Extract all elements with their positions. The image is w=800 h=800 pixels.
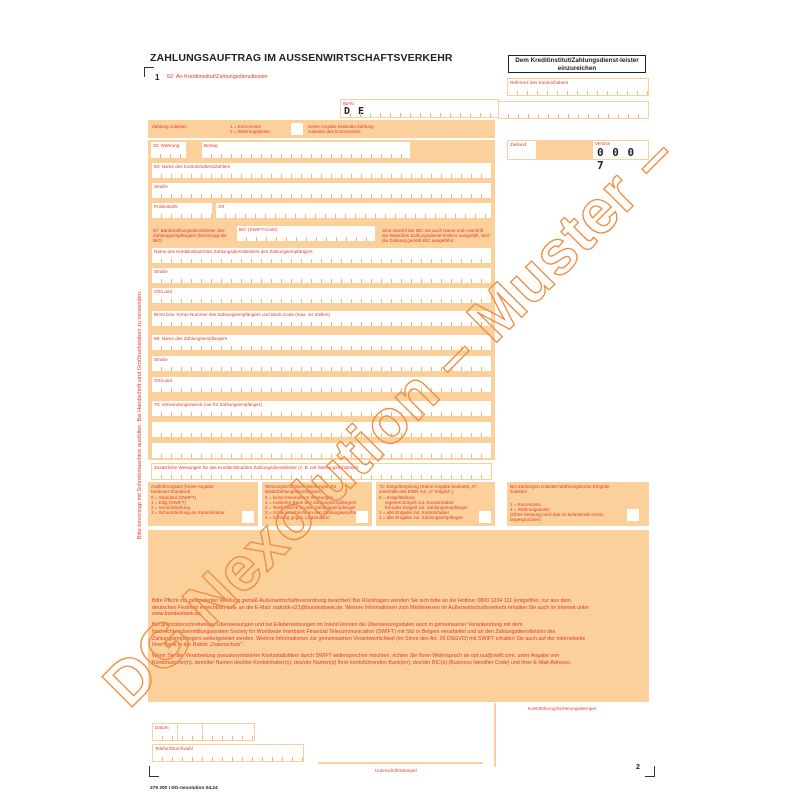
char-ticks (152, 279, 491, 283)
char-ticks (152, 322, 491, 326)
fx-account-title: Bei Zahlungen zulasten Währungskonto Ent… (510, 484, 620, 494)
payee-name-label: 59: Name des Zahlungsempfängers (154, 336, 227, 341)
instructions-field[interactable]: Zusätzliche Weisungen für das Kreditinst… (151, 463, 492, 480)
payee-iban-field[interactable]: IBAN bzw. Konto-Nummer des Zahlungsempfä… (151, 310, 492, 327)
currency-field[interactable]: 32: Währung (150, 141, 187, 159)
purpose-line-3[interactable] (151, 442, 492, 459)
instructions-label: Zusätzliche Weisungen für das Kreditinst… (154, 465, 358, 470)
corner-mark (144, 67, 154, 77)
char-ticks (152, 433, 491, 437)
instruction-key-item: 4 = Zahlung gegen Legitimation (265, 515, 330, 520)
charges-checkbox[interactable] (479, 511, 491, 523)
char-ticks (152, 259, 491, 263)
bank-name-label: Name des Kreditinstituts/des Zahlungsdie… (154, 249, 313, 254)
date-label: Datum (155, 725, 169, 730)
info-text: Bitte Pflicht zur gesonderten Meldung ge… (152, 598, 592, 670)
execution-checkbox[interactable] (242, 511, 254, 523)
payer-name-field[interactable]: 50: Name des Kontoinhabers/Zahlers (151, 162, 492, 179)
signature-line[interactable] (318, 762, 483, 764)
payer-zip-field[interactable]: Postleitzahl (151, 202, 213, 219)
purpose-label: 70: Verwendungszweck (nur für Zahlungsem… (154, 402, 262, 407)
bic-field[interactable]: BIC (SWIFT-Code) (236, 225, 376, 242)
char-ticks (237, 237, 375, 241)
char-ticks (152, 174, 491, 178)
reference-label: Referenz des Kontoinhabers (510, 80, 568, 85)
execution-title: Ausführungsart (Keine Angabe bedeutet St… (151, 484, 231, 494)
currency-label: 32: Währung (153, 143, 179, 148)
phone-label: Telefon/Durchwahl (155, 746, 193, 751)
side-note: Bitte bevorzugt mit Schreibmaschine ausf… (137, 291, 143, 540)
payer-zip-label: Postleitzahl (154, 204, 178, 209)
payer-city-field[interactable]: Ort (215, 202, 492, 219)
fx-account-checkbox[interactable] (627, 509, 639, 521)
payment-debit-options: 1 = Euro-Konto 2 = Währungskonto (230, 124, 270, 134)
payee-city-field[interactable]: Ort/Land (151, 376, 492, 393)
reporting-notice: Bitte Pflicht zur gesonderten Meldung ge… (152, 598, 592, 618)
char-ticks (152, 346, 491, 350)
payee-street-label: Straße (154, 357, 168, 362)
date-field[interactable]: Datum (152, 723, 255, 741)
payment-debit-label: Zahlung zulasten (152, 124, 187, 129)
payment-debit-checkbox[interactable] (291, 123, 303, 135)
char-ticks (508, 91, 648, 95)
corner-mark (645, 766, 655, 777)
bank-label: 57: Bank/Zahlungsdienstleister des Zahlu… (153, 228, 231, 244)
instruction-key-checkbox[interactable] (356, 511, 368, 523)
char-ticks (153, 736, 254, 740)
reference-field[interactable]: Referenz des Kontoinhabers (507, 78, 649, 96)
section-label: 52: An Kreditinstitut/Zahlungsdienstleis… (167, 74, 268, 80)
phone-field[interactable]: Telefon/Durchwahl (152, 744, 304, 762)
payer-city-label: Ort (218, 204, 224, 209)
form-code: 279 200 I DG-nexolution 04.24 (150, 786, 218, 791)
charges-title: 71: Entgeltregelung (Keine Angabe bedeut… (379, 484, 479, 494)
char-ticks (152, 475, 491, 479)
target-country-field[interactable]: Zielland (507, 140, 537, 160)
char-ticks (499, 114, 648, 118)
payer-street-label: Straße (154, 184, 168, 189)
iban-field[interactable]: IBAN D E (340, 99, 499, 118)
bank-city-field[interactable]: Ort/Land (151, 287, 492, 304)
char-ticks (152, 388, 491, 392)
charges-item: 2 = alle Entgelte zul. Zahlungsempfänger (379, 515, 463, 520)
payer-name-label: 50: Name des Kontoinhabers/Zahlers (154, 164, 230, 169)
amount-band: 32: Währung Betrag (148, 140, 495, 160)
bank-city-label: Ort/Land (154, 289, 172, 294)
section-number: 1 (155, 73, 159, 82)
bank-street-field[interactable]: Straße (151, 267, 492, 284)
purpose-line-2[interactable] (151, 421, 492, 438)
bank-street-label: Straße (154, 269, 168, 274)
execution-item: 3 = Scheckziehung an Kontoinhaber (151, 510, 225, 515)
reference-field-2[interactable] (498, 101, 649, 119)
swift-opt-out-notice: Wenn Sie der Verarbeitung pseudonymisier… (152, 653, 592, 666)
stamp-label: Kontoführung/Sicherungsstempel (528, 706, 596, 711)
payer-street-field[interactable]: Straße (151, 182, 492, 199)
purpose-line-1[interactable]: 70: Verwendungszweck (nur für Zahlungsem… (151, 400, 492, 417)
char-ticks (152, 367, 491, 371)
submit-note-box: Dem Kreditinstitut/Zahlungsdienst-leiste… (508, 55, 646, 73)
char-ticks (216, 214, 491, 218)
char-ticks (152, 412, 491, 416)
char-ticks (341, 113, 498, 117)
fx-account-option-box: Bei Zahlungen zulasten Währungskonto Ent… (507, 482, 649, 526)
corner-mark (149, 766, 159, 777)
char-ticks (152, 194, 491, 198)
charges-option-box: 71: Entgeltregelung (Keine Angabe bedeut… (376, 482, 495, 526)
version-value: 0 0 0 7 (597, 146, 648, 172)
target-country-label: Zielland (510, 142, 526, 147)
version-field: Version 0 0 0 7 (592, 140, 649, 160)
bic-label: BIC (SWIFT-Code) (239, 227, 278, 232)
instruction-key-box: Weisungsschlüssel (Weisungen für Bank/Za… (262, 482, 372, 526)
country-version-band: Zielland Version 0 0 0 7 (507, 140, 649, 160)
bic-note: Sind sowohl der BIC als auch Name und An… (382, 228, 490, 244)
char-ticks (151, 154, 186, 158)
payee-name-field[interactable]: 59: Name des Zahlungsempfängers (151, 334, 492, 351)
instruction-key-title: Weisungsschlüssel (Weisungen für Bank/Za… (265, 484, 365, 494)
amount-label: Betrag (204, 143, 218, 148)
execution-option-box: Ausführungsart (Keine Angabe bedeutet St… (148, 482, 258, 526)
form-title: ZAHLUNGSAUFTRAG IM AUSSENWIRTSCHAFTSVERK… (150, 52, 453, 64)
payee-city-label: Ort/Land (154, 378, 172, 383)
page-number: 2 (636, 764, 640, 771)
payment-debit-band: Zahlung zulasten 1 = Euro-Konto 2 = Währ… (148, 120, 495, 138)
payment-order-form: ZAHLUNGSAUFTRAG IM AUSSENWIRTSCHAFTSVERK… (0, 0, 800, 800)
fx-account-item: (Ohne Weisung wird das zu belastende Kon… (510, 512, 610, 522)
payee-iban-label: IBAN bzw. Konto-Nummer des Zahlungsempfä… (154, 312, 330, 317)
bank-name-field[interactable]: Name des Kreditinstituts/des Zahlungsdie… (151, 247, 492, 264)
amount-field[interactable]: Betrag (201, 141, 411, 159)
payment-debit-note: Keine Angabe bedeutet Zahlung zulasten d… (308, 124, 388, 134)
stamp-divider (494, 703, 496, 767)
char-ticks (152, 454, 491, 458)
char-ticks (202, 154, 410, 158)
signature-label: Unterschrift/Stempel (375, 768, 417, 773)
payee-street-field[interactable]: Straße (151, 355, 492, 372)
char-ticks (152, 214, 212, 218)
char-ticks (152, 299, 491, 303)
swift-data-notice: Bei grenzüberschreitenden Überweisungen … (152, 622, 592, 649)
char-ticks (153, 757, 303, 761)
